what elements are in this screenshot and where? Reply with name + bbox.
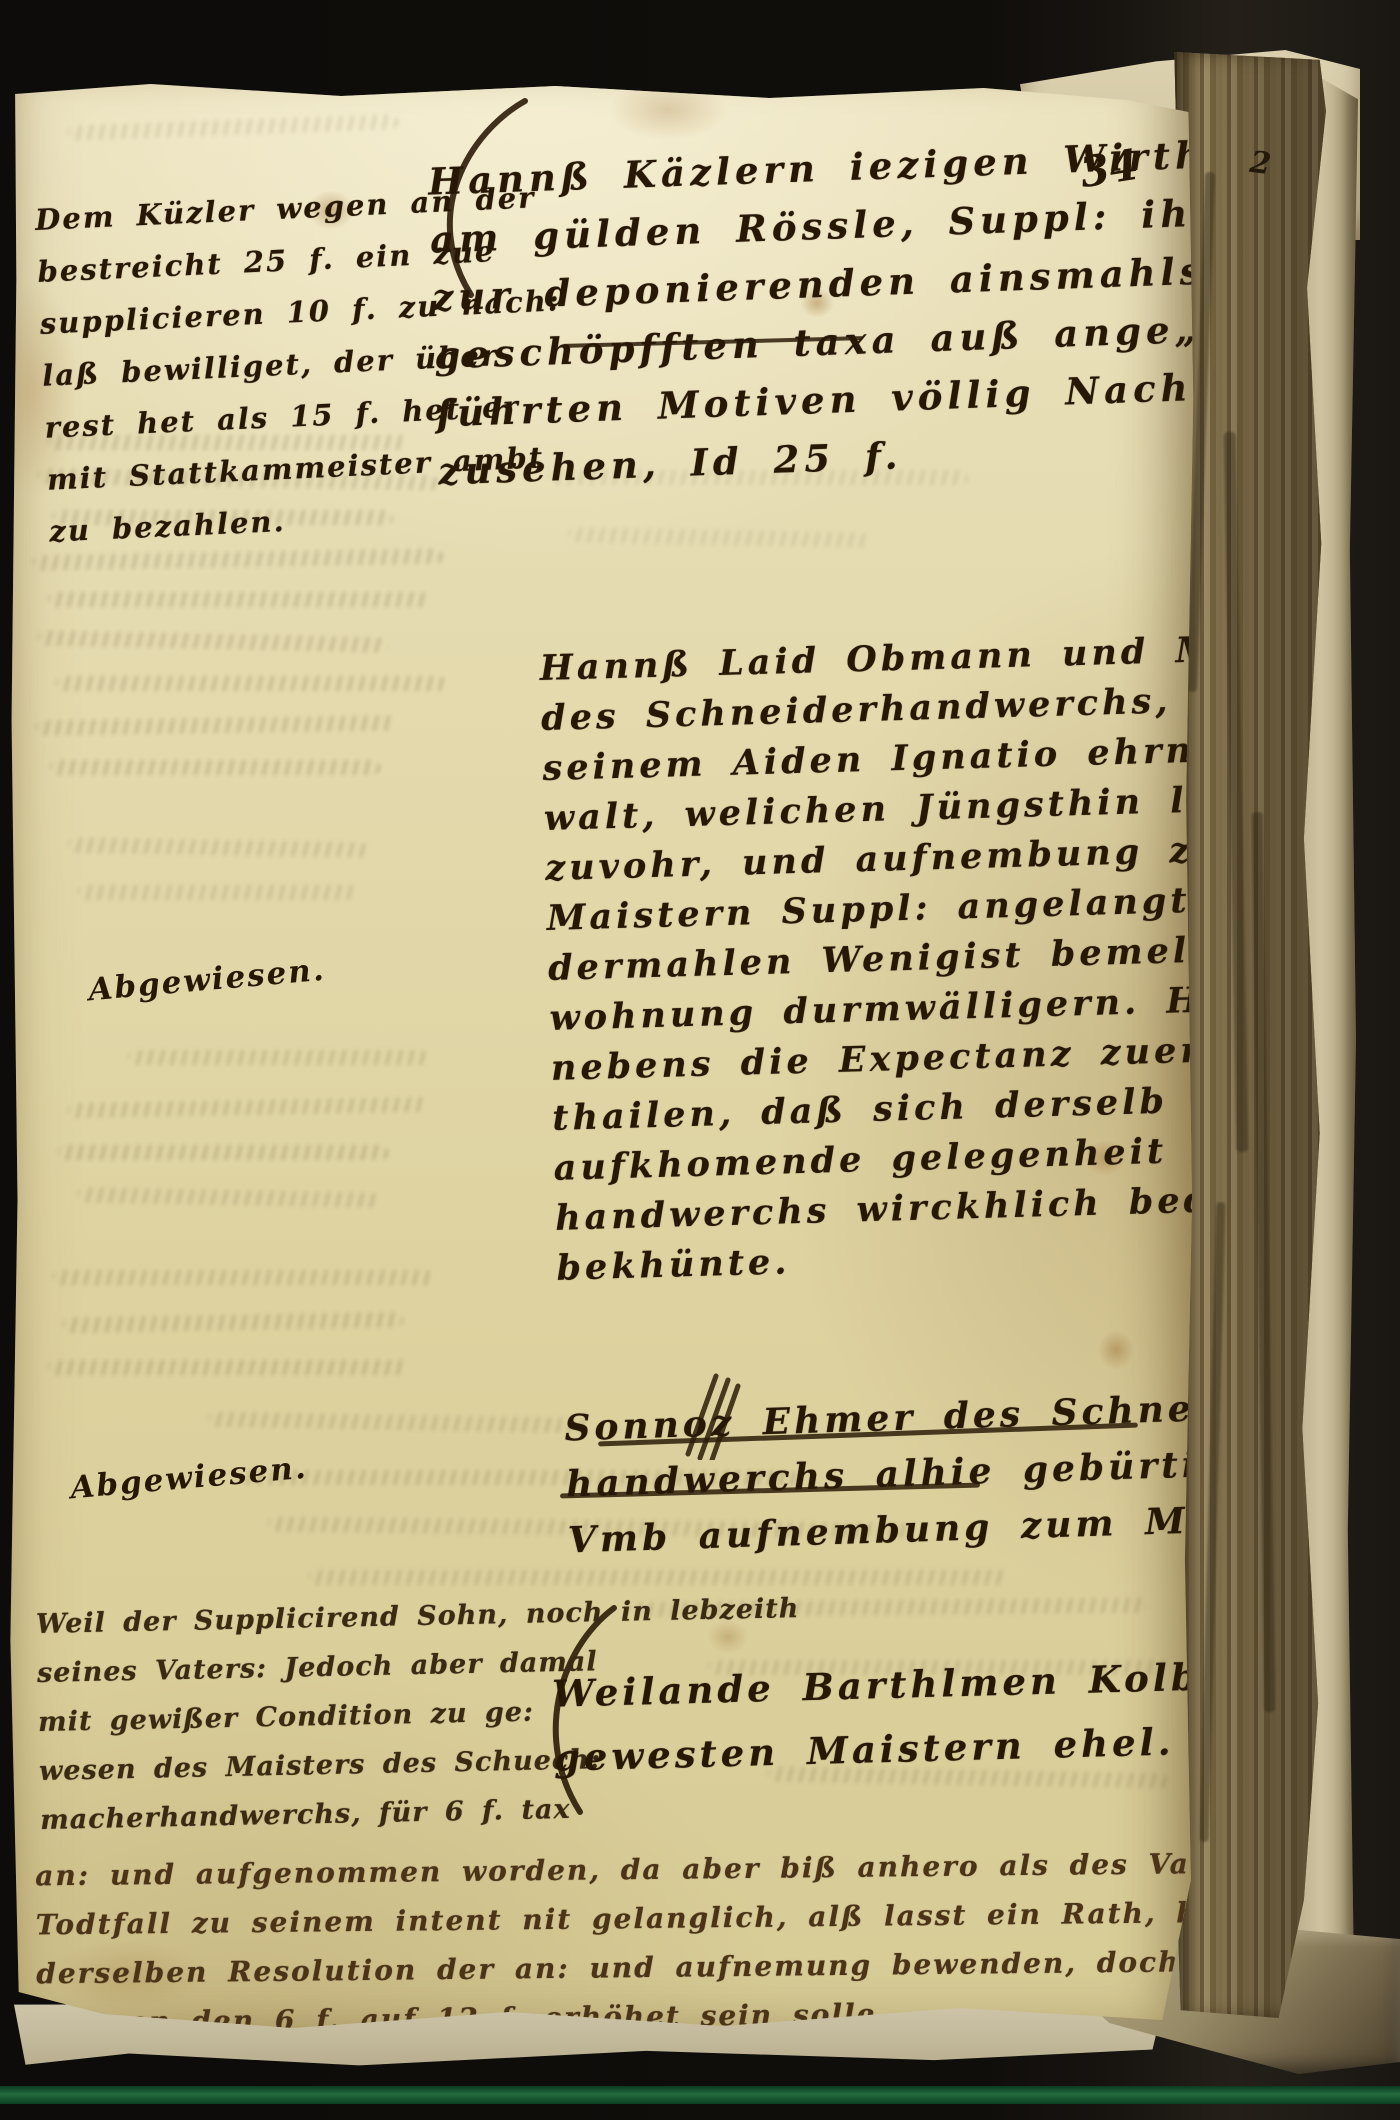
margin-note-abgewiesen-1: Abgewiesen. — [87, 952, 327, 1009]
bleed-through-line — [48, 592, 428, 607]
bleed-through-line — [58, 1145, 388, 1160]
fore-edge-streak — [1224, 432, 1249, 1152]
bleed-through-line — [308, 1570, 1008, 1585]
fore-edge-streak — [1200, 1202, 1226, 1842]
fore-edge-streak — [1252, 812, 1276, 1712]
bleed-through-line — [48, 1360, 408, 1375]
bleed-through-line — [56, 676, 446, 691]
bleed-through-line — [38, 630, 388, 652]
entry-1: Hannß Käzlern iezigen Wirtham gülden Rös… — [427, 124, 1274, 501]
entry-4: Weilande Barthlmen Kolbmesgewesten Maist… — [551, 1642, 1298, 1789]
bleed-through-line — [78, 1187, 378, 1207]
bleed-through-line — [50, 760, 380, 775]
paper-stain — [608, 80, 728, 140]
bleed-through-line — [568, 527, 868, 547]
bleed-through-line — [68, 837, 368, 857]
bleed-through-line — [208, 1412, 588, 1434]
margin-note-abgewiesen-2: Abgewiesen. — [69, 1450, 309, 1507]
bleed-through-line — [128, 1050, 428, 1065]
fore-edge-folio-number: 2 — [1248, 145, 1273, 182]
bleed-through-line — [218, 66, 638, 88]
bleed-through-line — [68, 1097, 428, 1118]
bleed-through-line — [36, 715, 396, 735]
bleed-through-line — [68, 114, 398, 141]
table-edge-stripe — [0, 2086, 1400, 2104]
photo-background: 2 — [0, 0, 1400, 2120]
bleed-through-line — [78, 885, 358, 900]
bleed-through-line — [63, 1312, 403, 1333]
paper-stain — [1098, 1330, 1134, 1370]
bleed-through-line — [53, 1270, 433, 1285]
manuscript-page: 34 Dem Küzler wegen an derbestreicht 25 … — [8, 40, 1198, 2040]
